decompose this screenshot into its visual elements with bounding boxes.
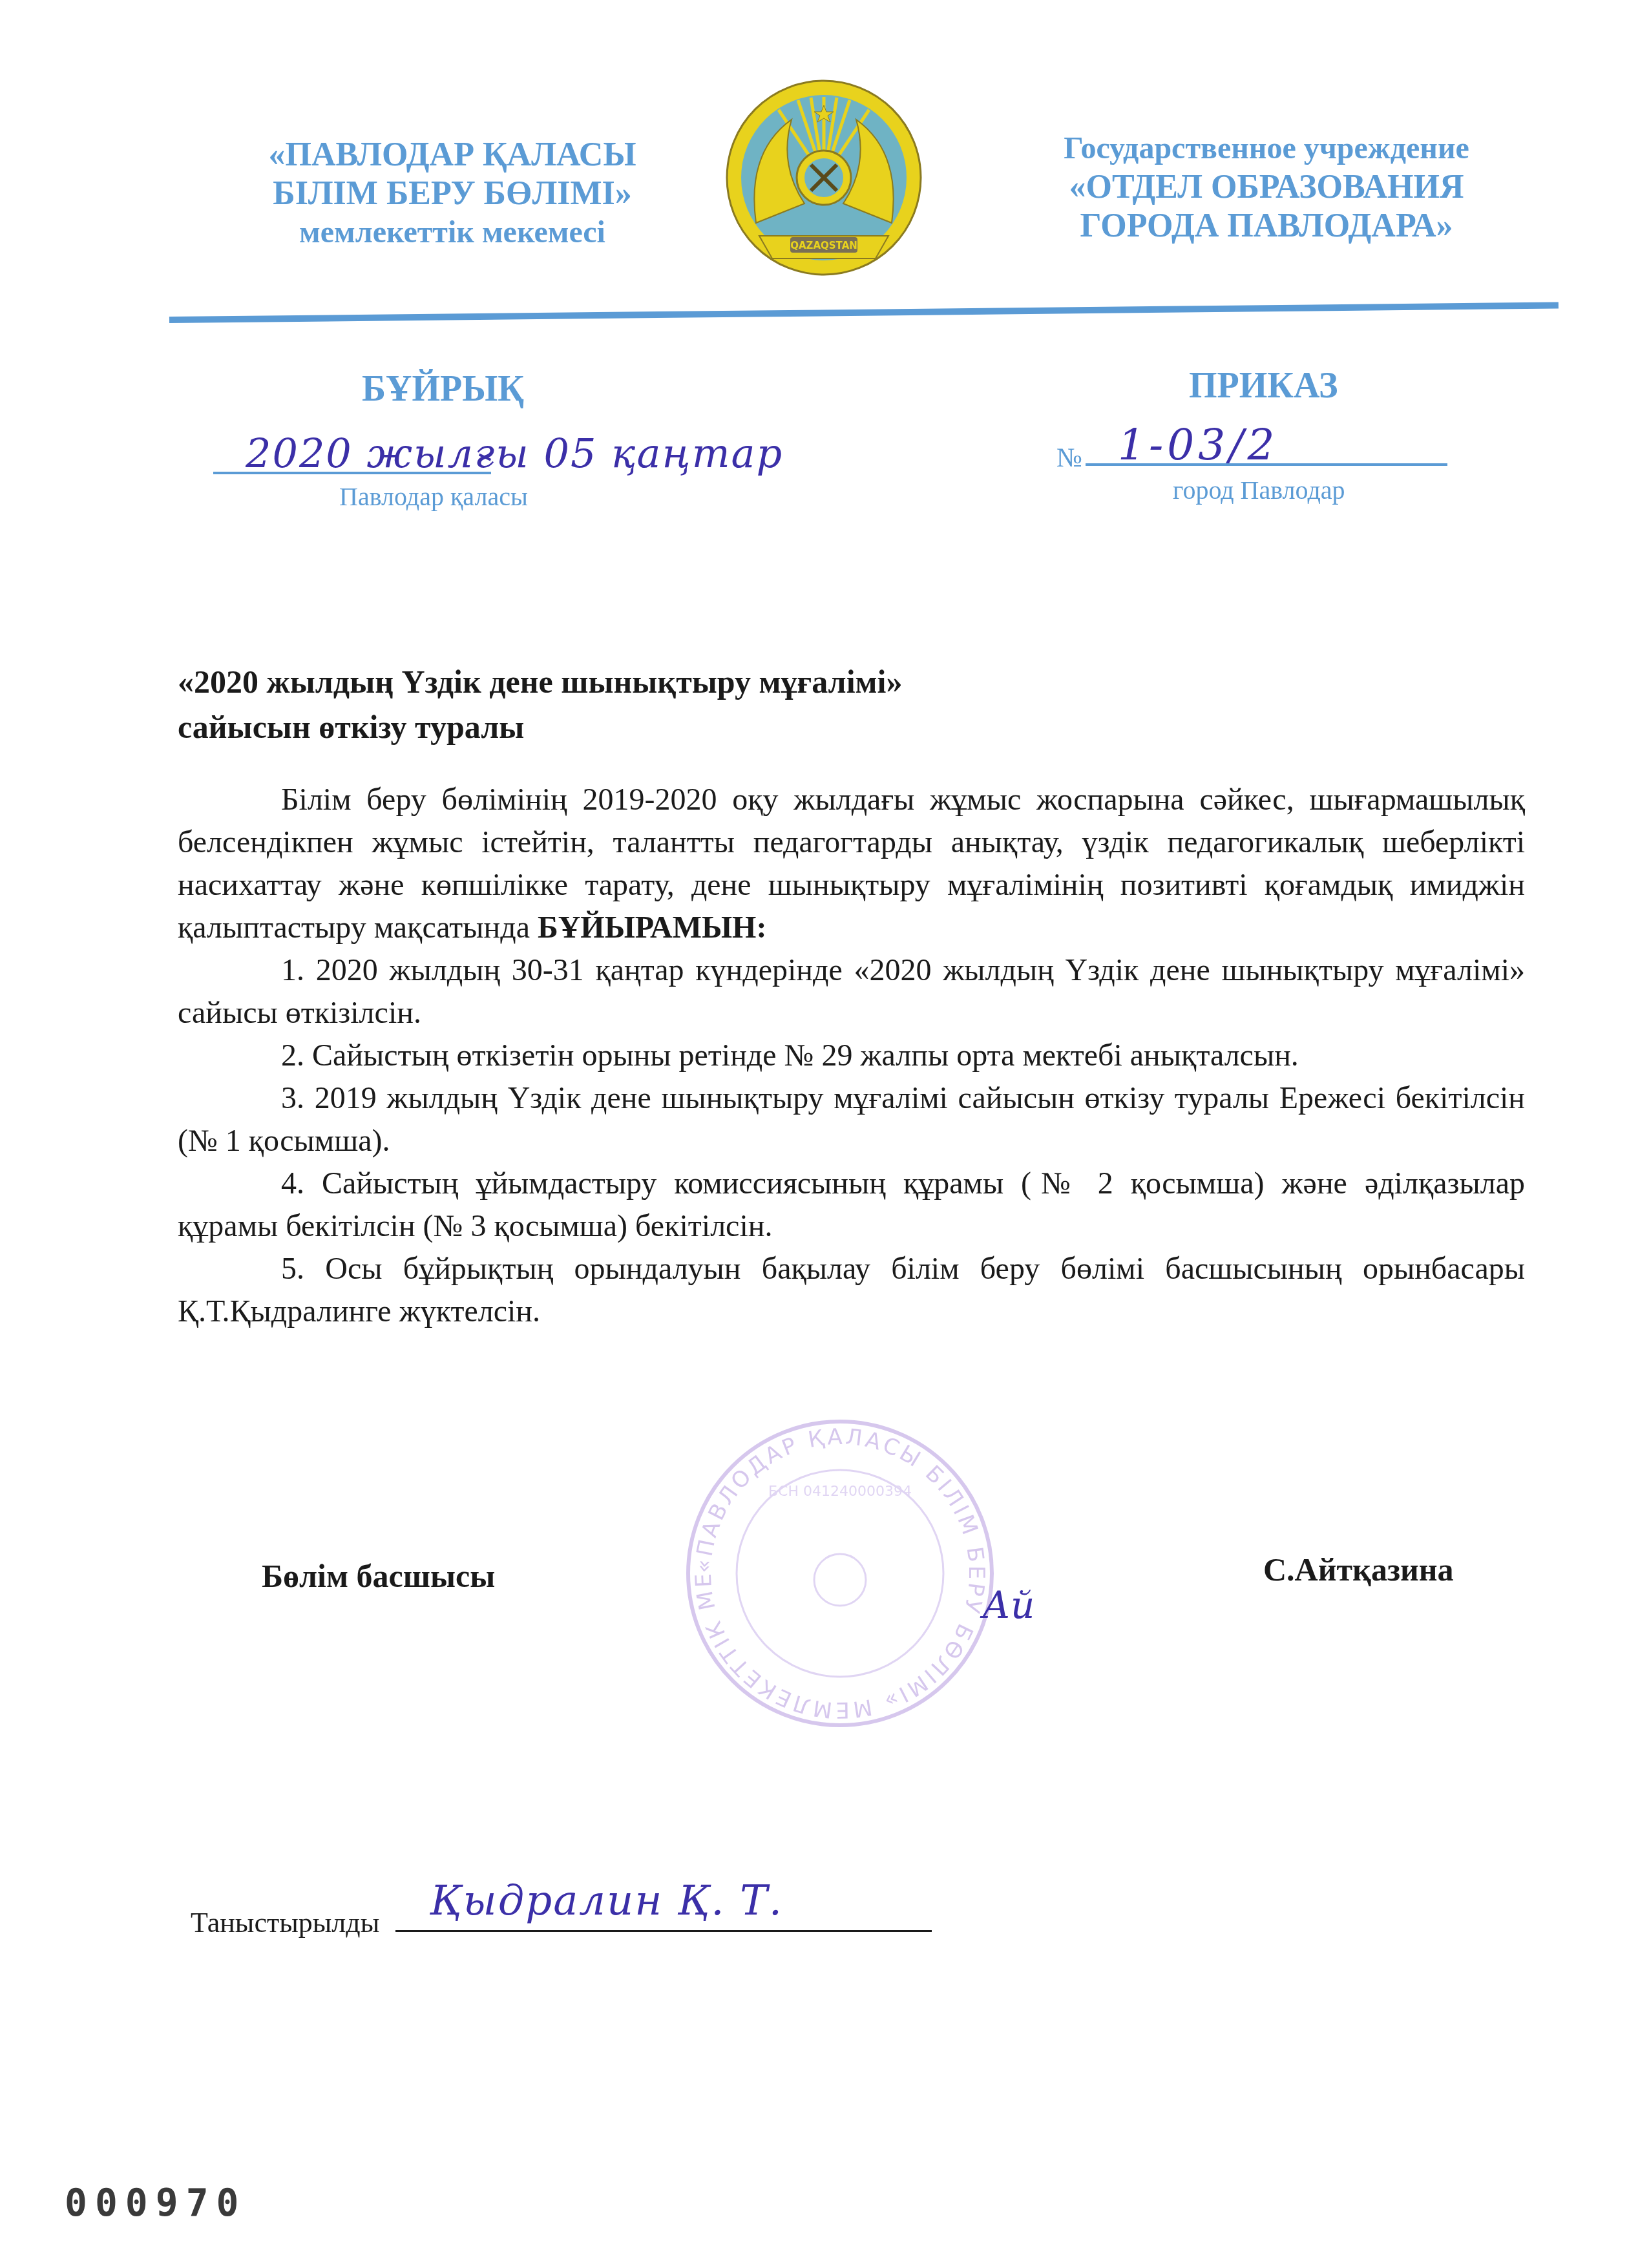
acknowledgement-line bbox=[395, 1930, 932, 1932]
org-name-ru-line1: Государственное учреждение bbox=[1008, 129, 1525, 168]
document-title-line2: сайысын өткізу туралы bbox=[178, 704, 903, 750]
org-name-ru-line3: ГОРОДА ПАВЛОДАРА» bbox=[1008, 207, 1525, 246]
order-item-5: 5. Осы бұйрықтың орындалуын бақылау білі… bbox=[178, 1248, 1525, 1333]
order-item-4: 4. Сайыстың ұйымдастыру комиссиясының құ… bbox=[178, 1162, 1525, 1248]
kazakhstan-coat-of-arms-icon: QAZAQSTAN bbox=[720, 74, 927, 281]
header-divider bbox=[169, 302, 1559, 323]
serial-number: 000970 bbox=[65, 2181, 247, 2225]
order-item-3: 3. 2019 жылдың Үздік дене шынықтыру мұға… bbox=[178, 1077, 1525, 1162]
handwritten-order-number: 1-03/2 bbox=[1118, 420, 1279, 470]
city-kz: Павлодар қаласы bbox=[339, 481, 528, 512]
official-stamp-icon: «ПАВЛОДАР ҚАЛАСЫ БІЛІМ БЕРУ БӨЛІМІ» МЕМЛ… bbox=[678, 1412, 1002, 1735]
org-name-ru-line2: «ОТДЕЛ ОБРАЗОВАНИЯ bbox=[1008, 168, 1525, 207]
org-name-kz-line3: мемлекеттік мекемесі bbox=[194, 213, 711, 252]
acknowledgement-label: Таныстырылды bbox=[191, 1906, 379, 1939]
org-name-kz-line1: «ПАВЛОДАР ҚАЛАСЫ bbox=[194, 136, 711, 174]
order-label-kz: БҰЙРЫҚ bbox=[362, 368, 524, 410]
handwritten-date: 2020 жылғы 05 қаңтар bbox=[246, 430, 775, 488]
command-word: БҰЙЫРАМЫН: bbox=[538, 910, 766, 945]
preamble: Білім беру бөлімінің 2019-2020 оқу жылда… bbox=[178, 779, 1525, 949]
order-item-1: 1. 2020 жылдың 30-31 қаңтар күндерінде «… bbox=[178, 949, 1525, 1034]
city-ru: город Павлодар bbox=[1173, 475, 1345, 505]
acknowledgement-signature: Қыдралин Қ. Т. bbox=[430, 1877, 783, 1925]
org-name-kz: «ПАВЛОДАР ҚАЛАСЫ БІЛІМ БЕРУ БӨЛІМІ» мемл… bbox=[194, 136, 711, 252]
svg-text:QAZAQSTAN: QAZAQSTAN bbox=[790, 240, 857, 251]
signatory-role: Бөлім басшысы bbox=[262, 1557, 495, 1595]
document-title-line1: «2020 жылдың Үздік дене шынықтыру мұғалі… bbox=[178, 659, 903, 704]
document-body: Білім беру бөлімінің 2019-2020 оқу жылда… bbox=[178, 779, 1525, 1333]
signatory-name: С.Айтқазина bbox=[1263, 1551, 1454, 1588]
handwritten-signature: Ай bbox=[982, 1583, 1035, 1627]
number-sign: № bbox=[1056, 443, 1082, 474]
order-item-2: 2. Сайыстың өткізетін орыны ретінде № 29… bbox=[178, 1034, 1525, 1077]
order-label-ru: ПРИКАЗ bbox=[1189, 365, 1338, 406]
svg-text:БСН 041240000394: БСН 041240000394 bbox=[768, 1484, 912, 1500]
org-name-kz-line2: БІЛІМ БЕРУ БӨЛІМІ» bbox=[194, 174, 711, 213]
document-title: «2020 жылдың Үздік дене шынықтыру мұғалі… bbox=[178, 659, 903, 750]
org-name-ru: Государственное учреждение «ОТДЕЛ ОБРАЗО… bbox=[1008, 129, 1525, 246]
